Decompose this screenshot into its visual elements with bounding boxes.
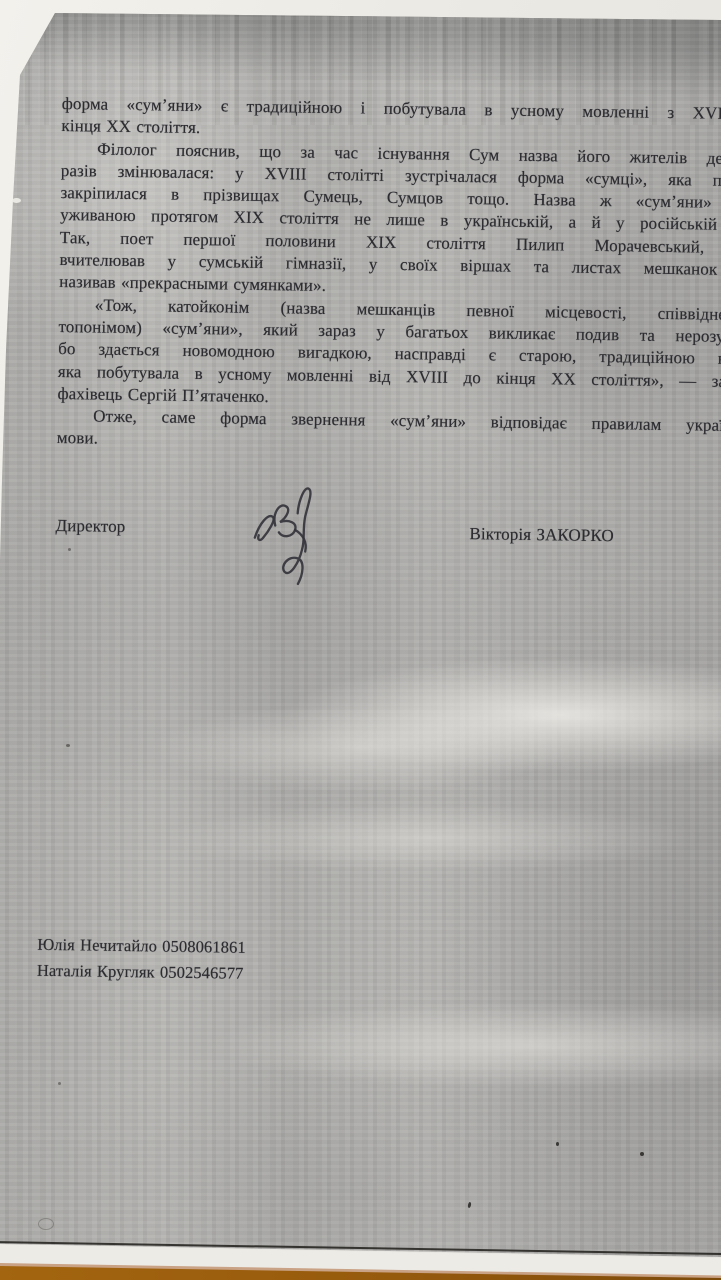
white-fleck	[12, 198, 21, 203]
contact-list: Юлія Нечитайло 0508061861Наталія Кругляк…	[37, 932, 246, 986]
ink-speck	[66, 744, 70, 747]
handwritten-signature-icon	[247, 480, 334, 591]
document-content: форма «сум’яни» є традиційною і побутува…	[55, 93, 721, 555]
signer-role-label: Директор	[55, 515, 125, 538]
signer-name: Вікторія ЗАКОРКО	[469, 523, 614, 547]
faint-ring-mark	[38, 1218, 54, 1230]
paragraph: Отже, саме форма звернення «сум’яни» від…	[57, 405, 721, 460]
contact-line: Юлія Нечитайло 0508061861	[37, 932, 246, 961]
ink-speck	[58, 1082, 61, 1085]
ink-speck	[68, 548, 71, 551]
ink-speck	[556, 1142, 559, 1146]
document-body-text: форма «сум’яни» є традиційною і побутува…	[57, 93, 721, 460]
photographed-document: форма «сум’яни» є традиційною і побутува…	[0, 0, 721, 1280]
document-page: форма «сум’яни» є традиційною і побутува…	[0, 0, 721, 1280]
ink-speck	[640, 1152, 644, 1156]
paragraph: Філолог пояснив, що за час існування Сум…	[59, 138, 721, 304]
paragraph: «Тож, катойконім (назва мешканців певної…	[57, 294, 721, 416]
contact-line: Наталія Кругляк 0502546577	[37, 957, 246, 986]
